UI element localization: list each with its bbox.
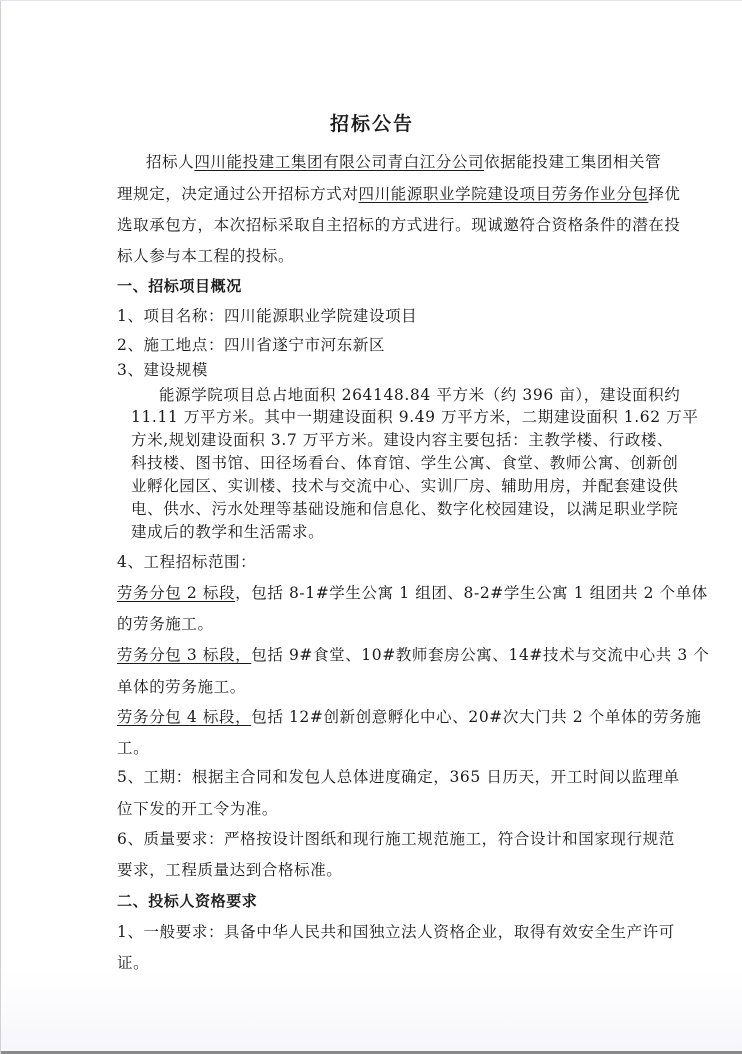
- intro-line-3: 选取承包方，本次招标采取自主招标的方式进行。现诚邀符合资格条件的潜在投: [117, 216, 681, 234]
- section-1-heading: 一、招标项目概况: [117, 277, 242, 295]
- lot-4-label: 劳务分包 4 标段，: [117, 708, 251, 726]
- project-name: 四川能源职业学院建设项目劳务作业分包: [359, 185, 649, 203]
- section-1-item-3: 3、建设规模: [117, 361, 208, 379]
- lot-3-line-2: 单体的劳务施工。: [117, 678, 246, 696]
- section-1-item-2: 2、施工地点：四川省遂宁市河东新区: [117, 336, 385, 354]
- intro-line-2: 理规定，决定通过公开招标方式对四川能源职业学院建设项目劳务作业分包择优: [117, 185, 681, 203]
- section-1-item-5-line-2: 位下发的开工令为准。: [117, 800, 278, 818]
- lot-4-line-1: 劳务分包 4 标段，包括 12#创新创意孵化中心、20#次大门共 2 个单体的劳…: [117, 708, 701, 726]
- lot-2-line-2: 的劳务施工。: [117, 615, 214, 633]
- lot-4-line-2: 工。: [117, 739, 149, 757]
- lot-2-label: 劳务分包 2 标段: [117, 584, 235, 602]
- section-1-item-1: 1、项目名称：四川能源职业学院建设项目: [117, 307, 417, 325]
- scale-line-7: 建成后的教学和生活需求。: [131, 523, 324, 541]
- document-page: 招标公告 招标人四川能投建工集团有限公司青白江分公司依据能投建工集团相关管 理规…: [0, 0, 742, 1054]
- document-title: 招标公告: [1, 109, 742, 136]
- section-2-item-1-line-1: 1、一般要求：具备中华人民共和国独立法人资格企业，取得有效安全生产许可: [117, 923, 675, 941]
- lot-3-line-1: 劳务分包 3 标段，包括 9#食堂、10#教师套房公寓、14#技术与交流中心共 …: [117, 646, 709, 664]
- section-1-item-6-line-2: 要求，工程质量达到合格标准。: [117, 861, 342, 879]
- section-1-item-4: 4、工程招标范围：: [117, 553, 256, 571]
- section-1-item-5-line-1: 5、工期：根据主合同和发包人总体进度确定，365 日历天，开工时间以监理单: [117, 768, 680, 786]
- scale-line-5: 业孵化园区、实训楼、技术与交流中心、实训厂房、辅助用房，并配套建设供: [131, 477, 678, 495]
- intro-line-4: 标人参与本工程的投标。: [117, 247, 294, 265]
- scale-line-4: 科技楼、图书馆、田径场看台、体育馆、学生公寓、食堂、教师公寓、创新创: [131, 454, 678, 472]
- lot-2-line-1: 劳务分包 2 标段，包括 8-1#学生公寓 1 组团、8-2#学生公寓 1 组团…: [117, 584, 708, 602]
- intro-line-1: 招标人四川能投建工集团有限公司青白江分公司依据能投建工集团相关管: [146, 153, 661, 171]
- section-1-item-6-line-1: 6、质量要求：严格按设计图纸和现行施工规范施工，符合设计和国家现行规范: [117, 830, 675, 848]
- scale-line-3: 方米,规划建设面积 3.7 万平方米。建设内容主要包括：主教学楼、行政楼、: [131, 431, 673, 449]
- section-2-heading: 二、投标人资格要求: [117, 892, 257, 910]
- scale-line-1: 能源学院项目总占地面积 264148.84 平方米（约 396 亩），建设面积约: [159, 386, 680, 404]
- scale-line-6: 电、供水、污水处理等基础设施和信息化、数字化校园建设，以满足职业学院: [131, 500, 678, 518]
- tenderer-name: 四川能投建工集团有限公司青白江分公司: [194, 153, 484, 171]
- lot-3-label: 劳务分包 3 标段，: [117, 646, 251, 664]
- section-2-item-1-line-2: 证。: [117, 954, 149, 972]
- scale-line-2: 11.11 万平方米。其中一期建设面积 9.49 万平方米，二期建设面积 1.6…: [131, 408, 698, 426]
